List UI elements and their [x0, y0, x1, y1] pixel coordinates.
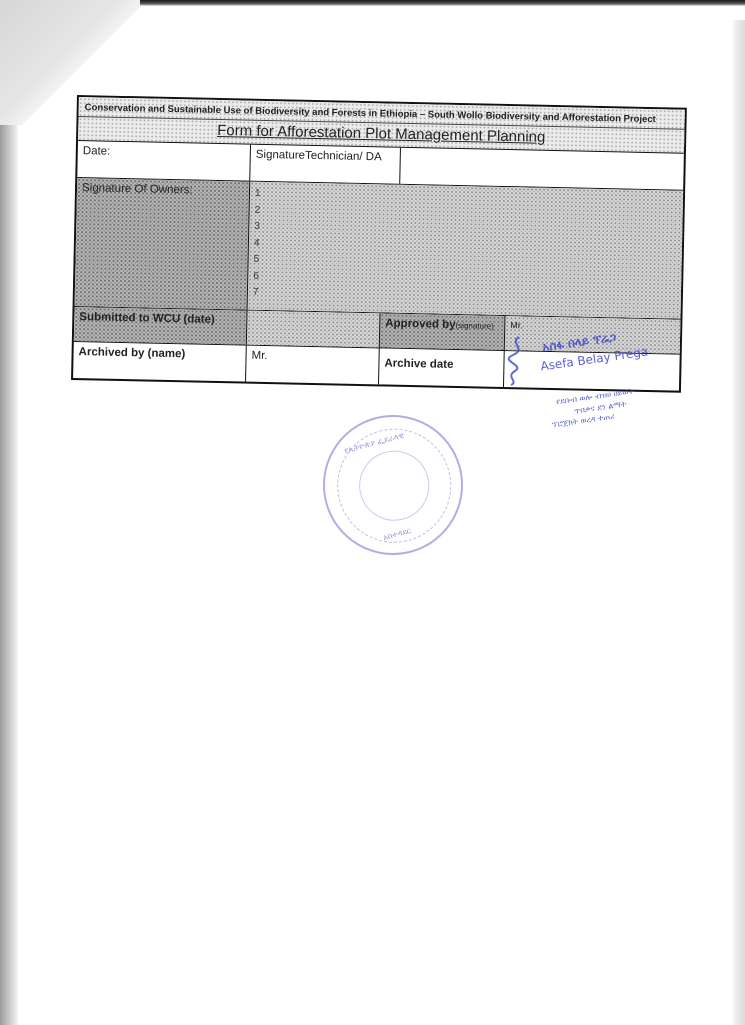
scanner-edge-left: [0, 0, 18, 1025]
technician-signature-field[interactable]: [399, 148, 684, 190]
technician-signature-label: SignatureTechnician/ DA: [249, 145, 400, 184]
signature-scribble-icon: [505, 335, 529, 387]
owners-signature-area[interactable]: 1 2 3 4 5 6 7: [247, 182, 684, 319]
owners-list: 1 2 3 4 5 6 7: [253, 186, 678, 310]
approved-label-hint: (signature): [455, 321, 493, 331]
afforestation-form: Conservation and Sustainable Use of Biod…: [71, 95, 687, 393]
date-label: Date:: [77, 141, 250, 181]
approved-label-text: Approved by: [385, 318, 456, 331]
owners-row: Signature Of Owners: 1 2 3 4 5 6 7: [75, 177, 684, 319]
approved-label: Approved by(signature): [379, 313, 505, 350]
official-round-seal-icon: የኢትዮጵያ ፌደራላዊ አስተዳደር: [307, 399, 478, 570]
archived-by-field[interactable]: Mr.: [245, 346, 379, 385]
submitted-date-field[interactable]: [246, 311, 380, 348]
approver-prefix: Mr.: [510, 320, 523, 330]
archived-by-label: Archived by (name): [73, 342, 246, 382]
archive-date-label: Archive date: [378, 348, 504, 387]
scanner-edge-right: [731, 20, 745, 1025]
submitted-label: Submitted to WCU (date): [74, 307, 247, 345]
owners-label: Signature Of Owners:: [75, 178, 250, 310]
form-title-text: Form for Afforestation Plot Management P…: [217, 122, 546, 146]
